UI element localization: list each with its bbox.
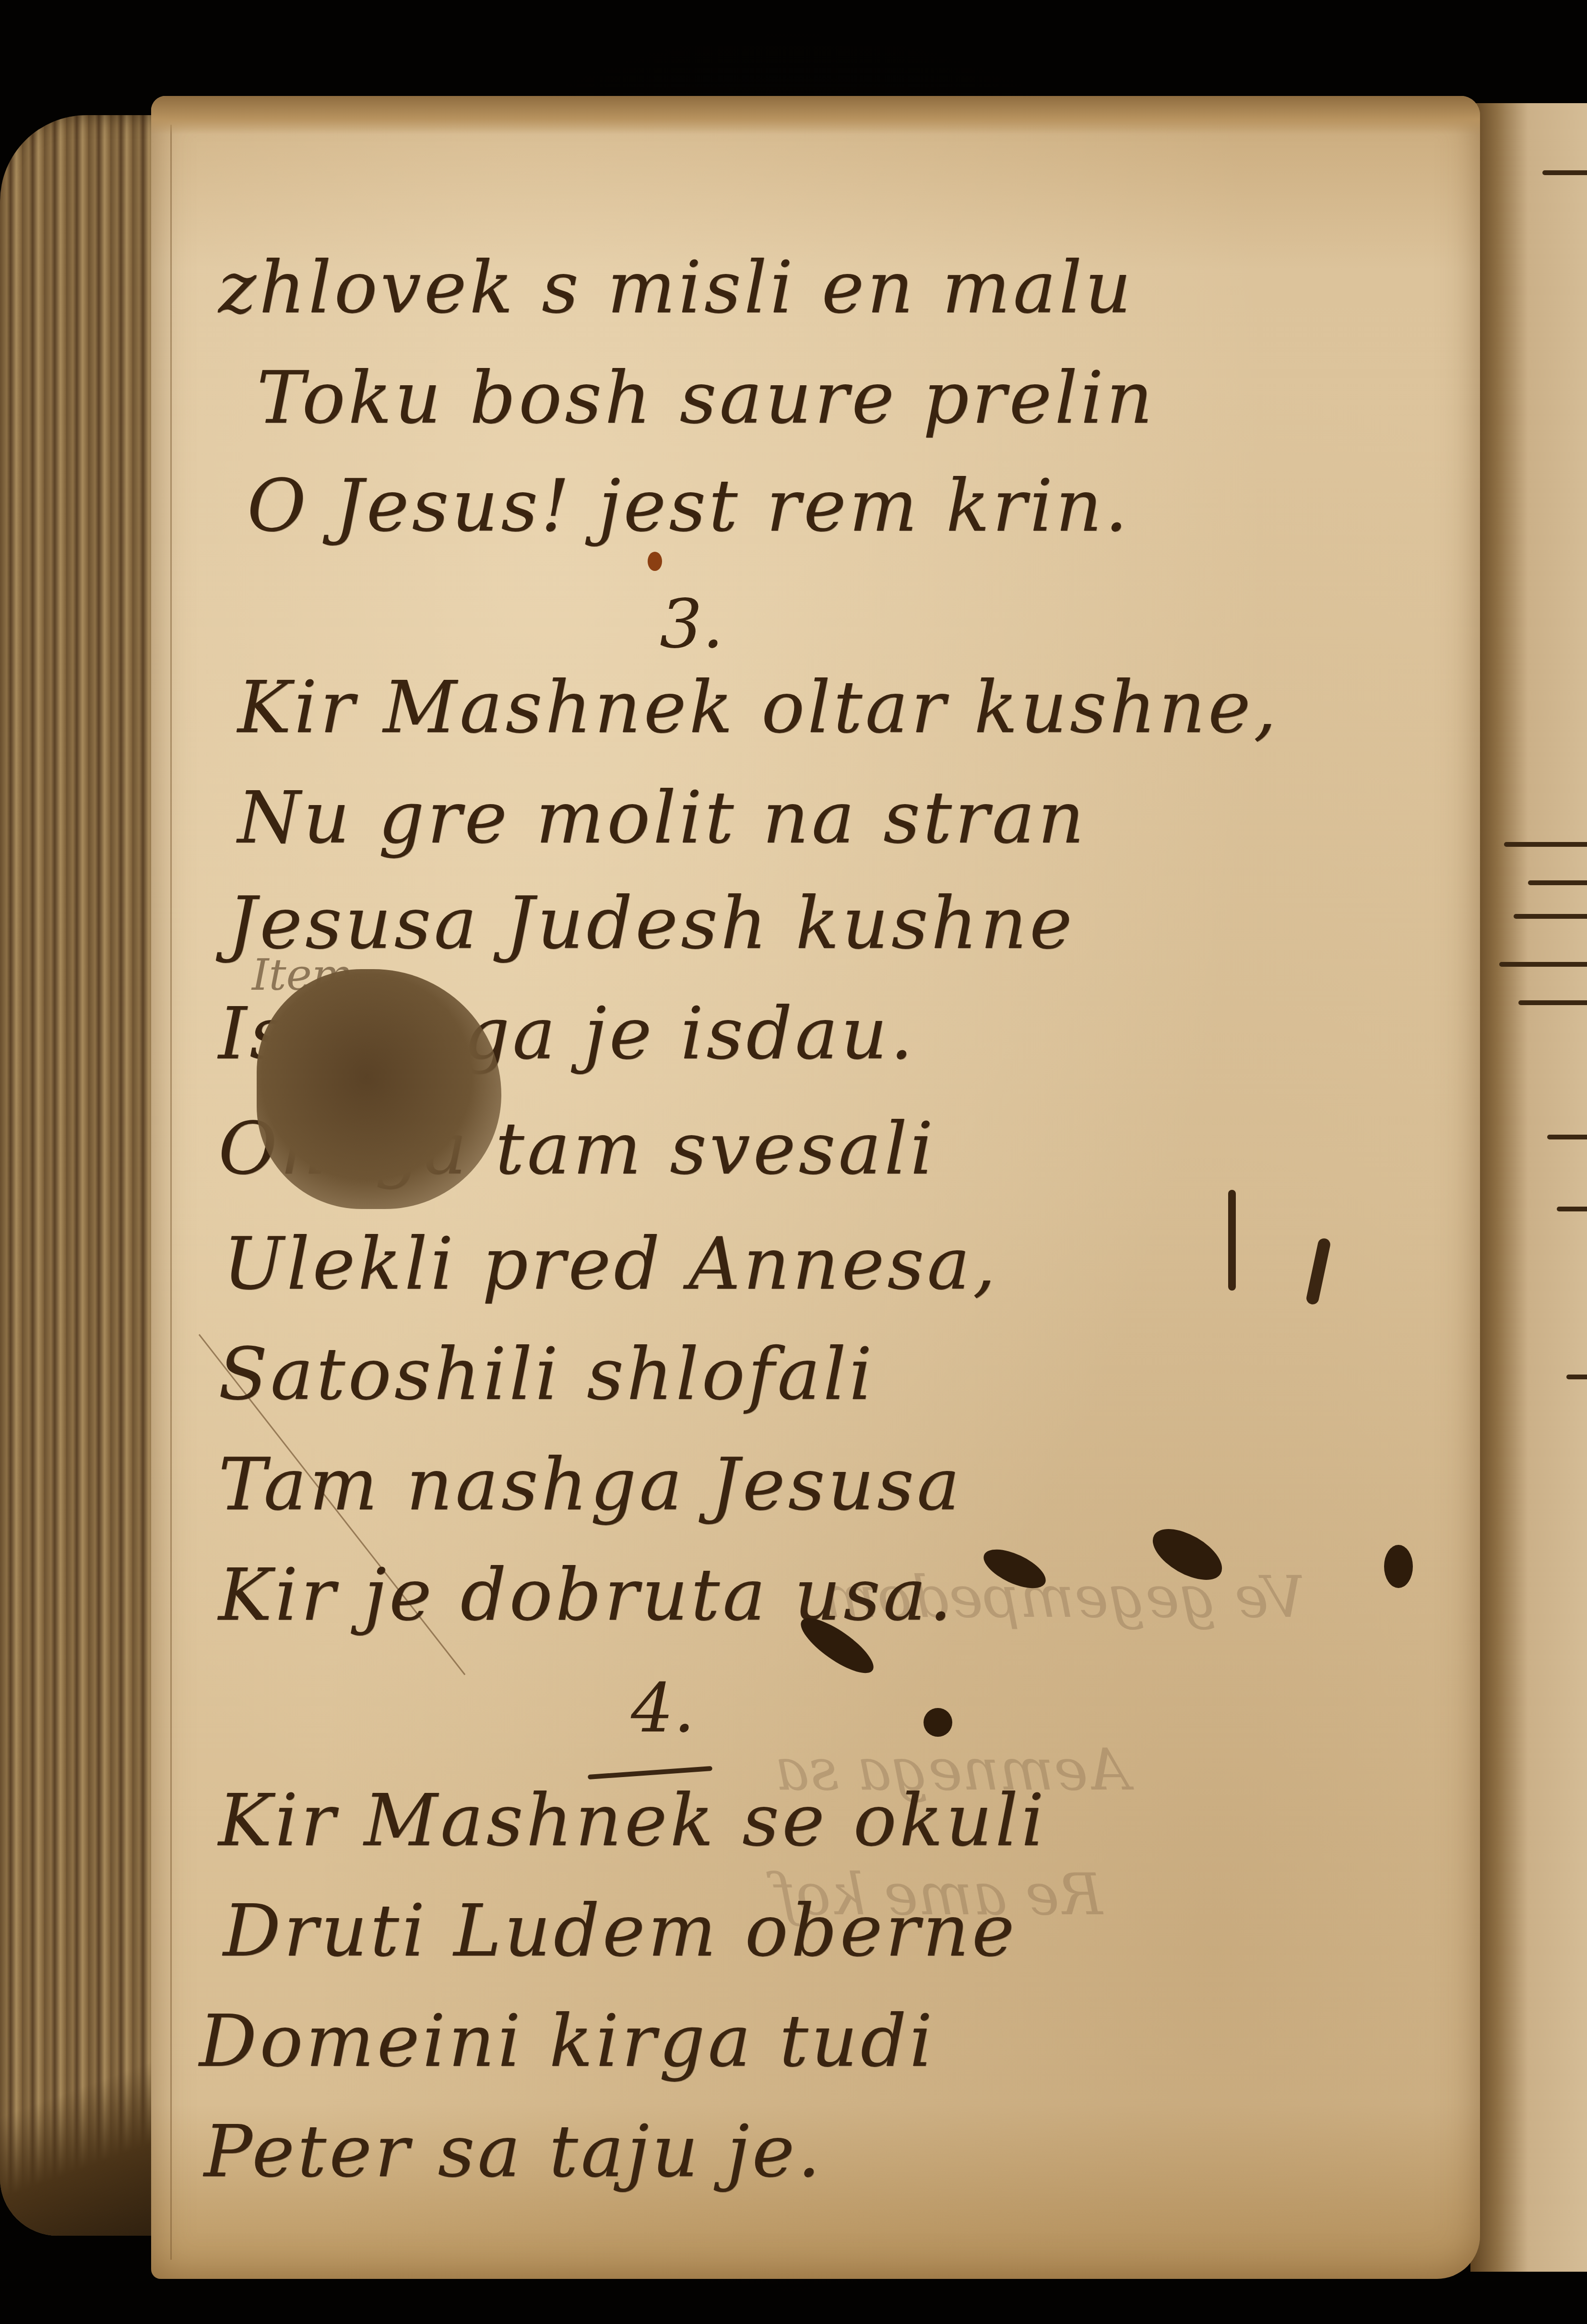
adjacent-page-edge (1470, 103, 1587, 2272)
margin-mark (1228, 1190, 1236, 1291)
page-top-edge (151, 96, 1480, 134)
verse-line: Nu gre molit na stran (237, 782, 1087, 854)
verse-line: Domeini kirga tudi (199, 2005, 935, 2077)
verse-line: Ulekli pred Annesa, (223, 1228, 998, 1300)
verse-line: O Jesus! jest rem krin. (247, 470, 1131, 542)
verse-line: Peter sa taju je. (204, 2116, 823, 2188)
stanza-number-3: 3. (660, 585, 724, 664)
verse-line: Satoshili shlofali (218, 1339, 875, 1411)
verse-line: zhlovek s misli en malu (218, 252, 1134, 324)
rust-spot (648, 552, 662, 571)
verse-line: Druti Ludem oberne (223, 1895, 1018, 1967)
number-underline (588, 1766, 712, 1779)
ink-splatter (924, 1708, 952, 1737)
margin-mark (1305, 1237, 1332, 1305)
verse-line: Kir je dobruta usa. (218, 1559, 955, 1631)
verse-line: Jesusa Judesh kushne (228, 888, 1075, 960)
verse-line: Toku bosh saure prelin (257, 362, 1156, 434)
ink-splatter (1384, 1545, 1413, 1588)
manuscript-page: Ve gegempedom Aemnega sa Re ame kof zhlo… (151, 96, 1480, 2279)
verse-line: Kir Mashnek se okuli (218, 1785, 1047, 1857)
verse-line: Kir Mashnek oltar kushne, (237, 672, 1279, 744)
stanza-number-4: 4. (631, 1670, 695, 1748)
verse-line: Tam nashga Jesusa (218, 1449, 962, 1521)
